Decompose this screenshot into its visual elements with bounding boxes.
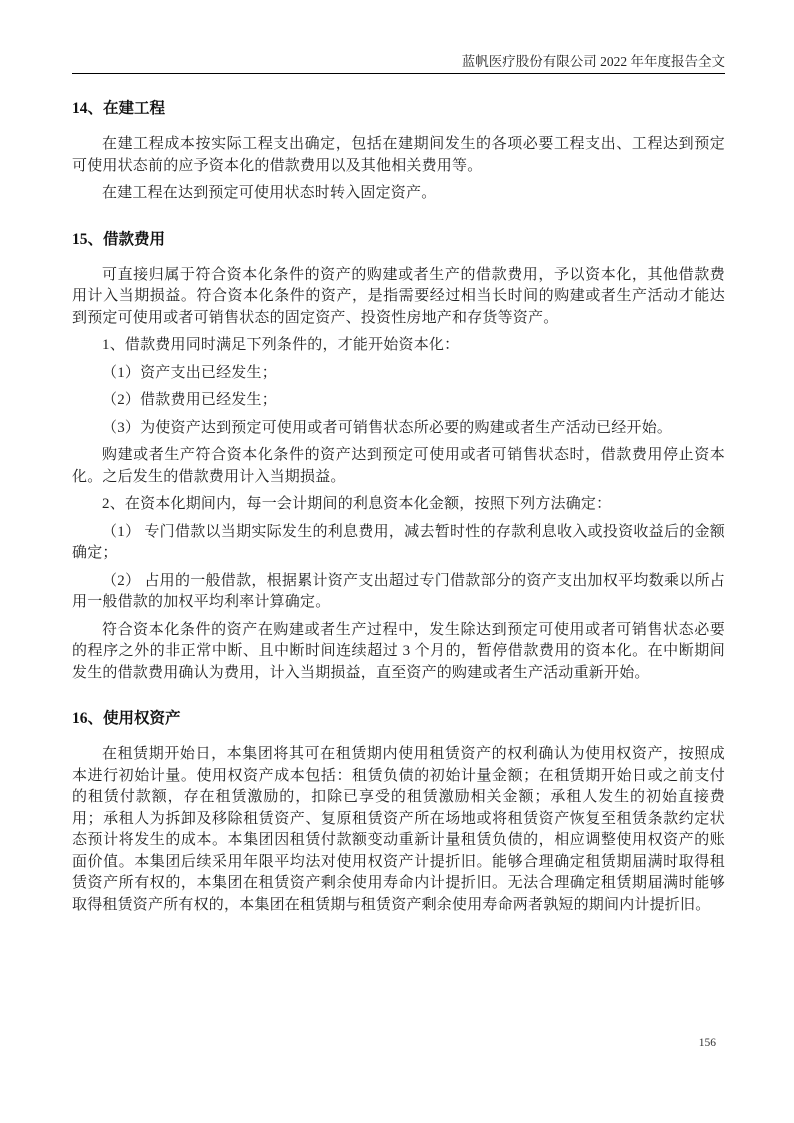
page-number: 156 bbox=[699, 1037, 716, 1049]
paragraph: 2、在资本化期间内，每一会计期间的利息资本化金额，按照下列方法确定： bbox=[72, 494, 725, 516]
list-item-paragraph: （1）资产支出已经发生； bbox=[72, 363, 725, 385]
paragraph: 符合资本化条件的资产在购建或者生产过程中，发生除达到预定可使用或者可销售状态必要… bbox=[72, 620, 725, 685]
section-heading-16-right-of-use-assets: 16、使用权资产 bbox=[72, 710, 725, 728]
list-item-paragraph: （2） 占用的一般借款，根据累计资产支出超过专门借款部分的资产支出加权平均数乘以… bbox=[72, 571, 725, 614]
paragraph: 在建工程成本按实际工程支出确定，包括在建期间发生的各项必要工程支出、工程达到预定… bbox=[72, 134, 725, 177]
document-header: 蓝帆医疗股份有限公司 2022 年年度报告全文 bbox=[72, 0, 725, 74]
paragraph: 购建或者生产符合资本化条件的资产达到预定可使用或者可销售状态时，借款费用停止资本… bbox=[72, 445, 725, 488]
paragraph: 在建工程在达到预定可使用状态时转入固定资产。 bbox=[72, 183, 725, 205]
paragraph: 在租赁期开始日，本集团将其可在租赁期内使用租赁资产的权利确认为使用权资产，按照成… bbox=[72, 744, 725, 916]
list-item-paragraph: （1） 专门借款以当期实际发生的利息费用，减去暂时性的存款利息收入或投资收益后的… bbox=[72, 522, 725, 565]
section-heading-14-construction-in-progress: 14、在建工程 bbox=[72, 100, 725, 118]
section-heading-15-borrowing-costs: 15、借款费用 bbox=[72, 231, 725, 249]
list-item-paragraph: （3）为使资产达到预定可使用或者可销售状态所必要的购建或者生产活动已经开始。 bbox=[72, 418, 725, 440]
list-item-paragraph: （2）借款费用已经发生； bbox=[72, 390, 725, 412]
paragraph: 1、借款费用同时满足下列条件的，才能开始资本化： bbox=[72, 335, 725, 357]
page-content: 蓝帆医疗股份有限公司 2022 年年度报告全文 14、在建工程 在建工程成本按实… bbox=[0, 0, 794, 916]
paragraph: 可直接归属于符合资本化条件的资产的购建或者生产的借款费用，予以资本化，其他借款费… bbox=[72, 265, 725, 330]
report-page: 蓝帆医疗股份有限公司 2022 年年度报告全文 14、在建工程 在建工程成本按实… bbox=[0, 0, 794, 1123]
